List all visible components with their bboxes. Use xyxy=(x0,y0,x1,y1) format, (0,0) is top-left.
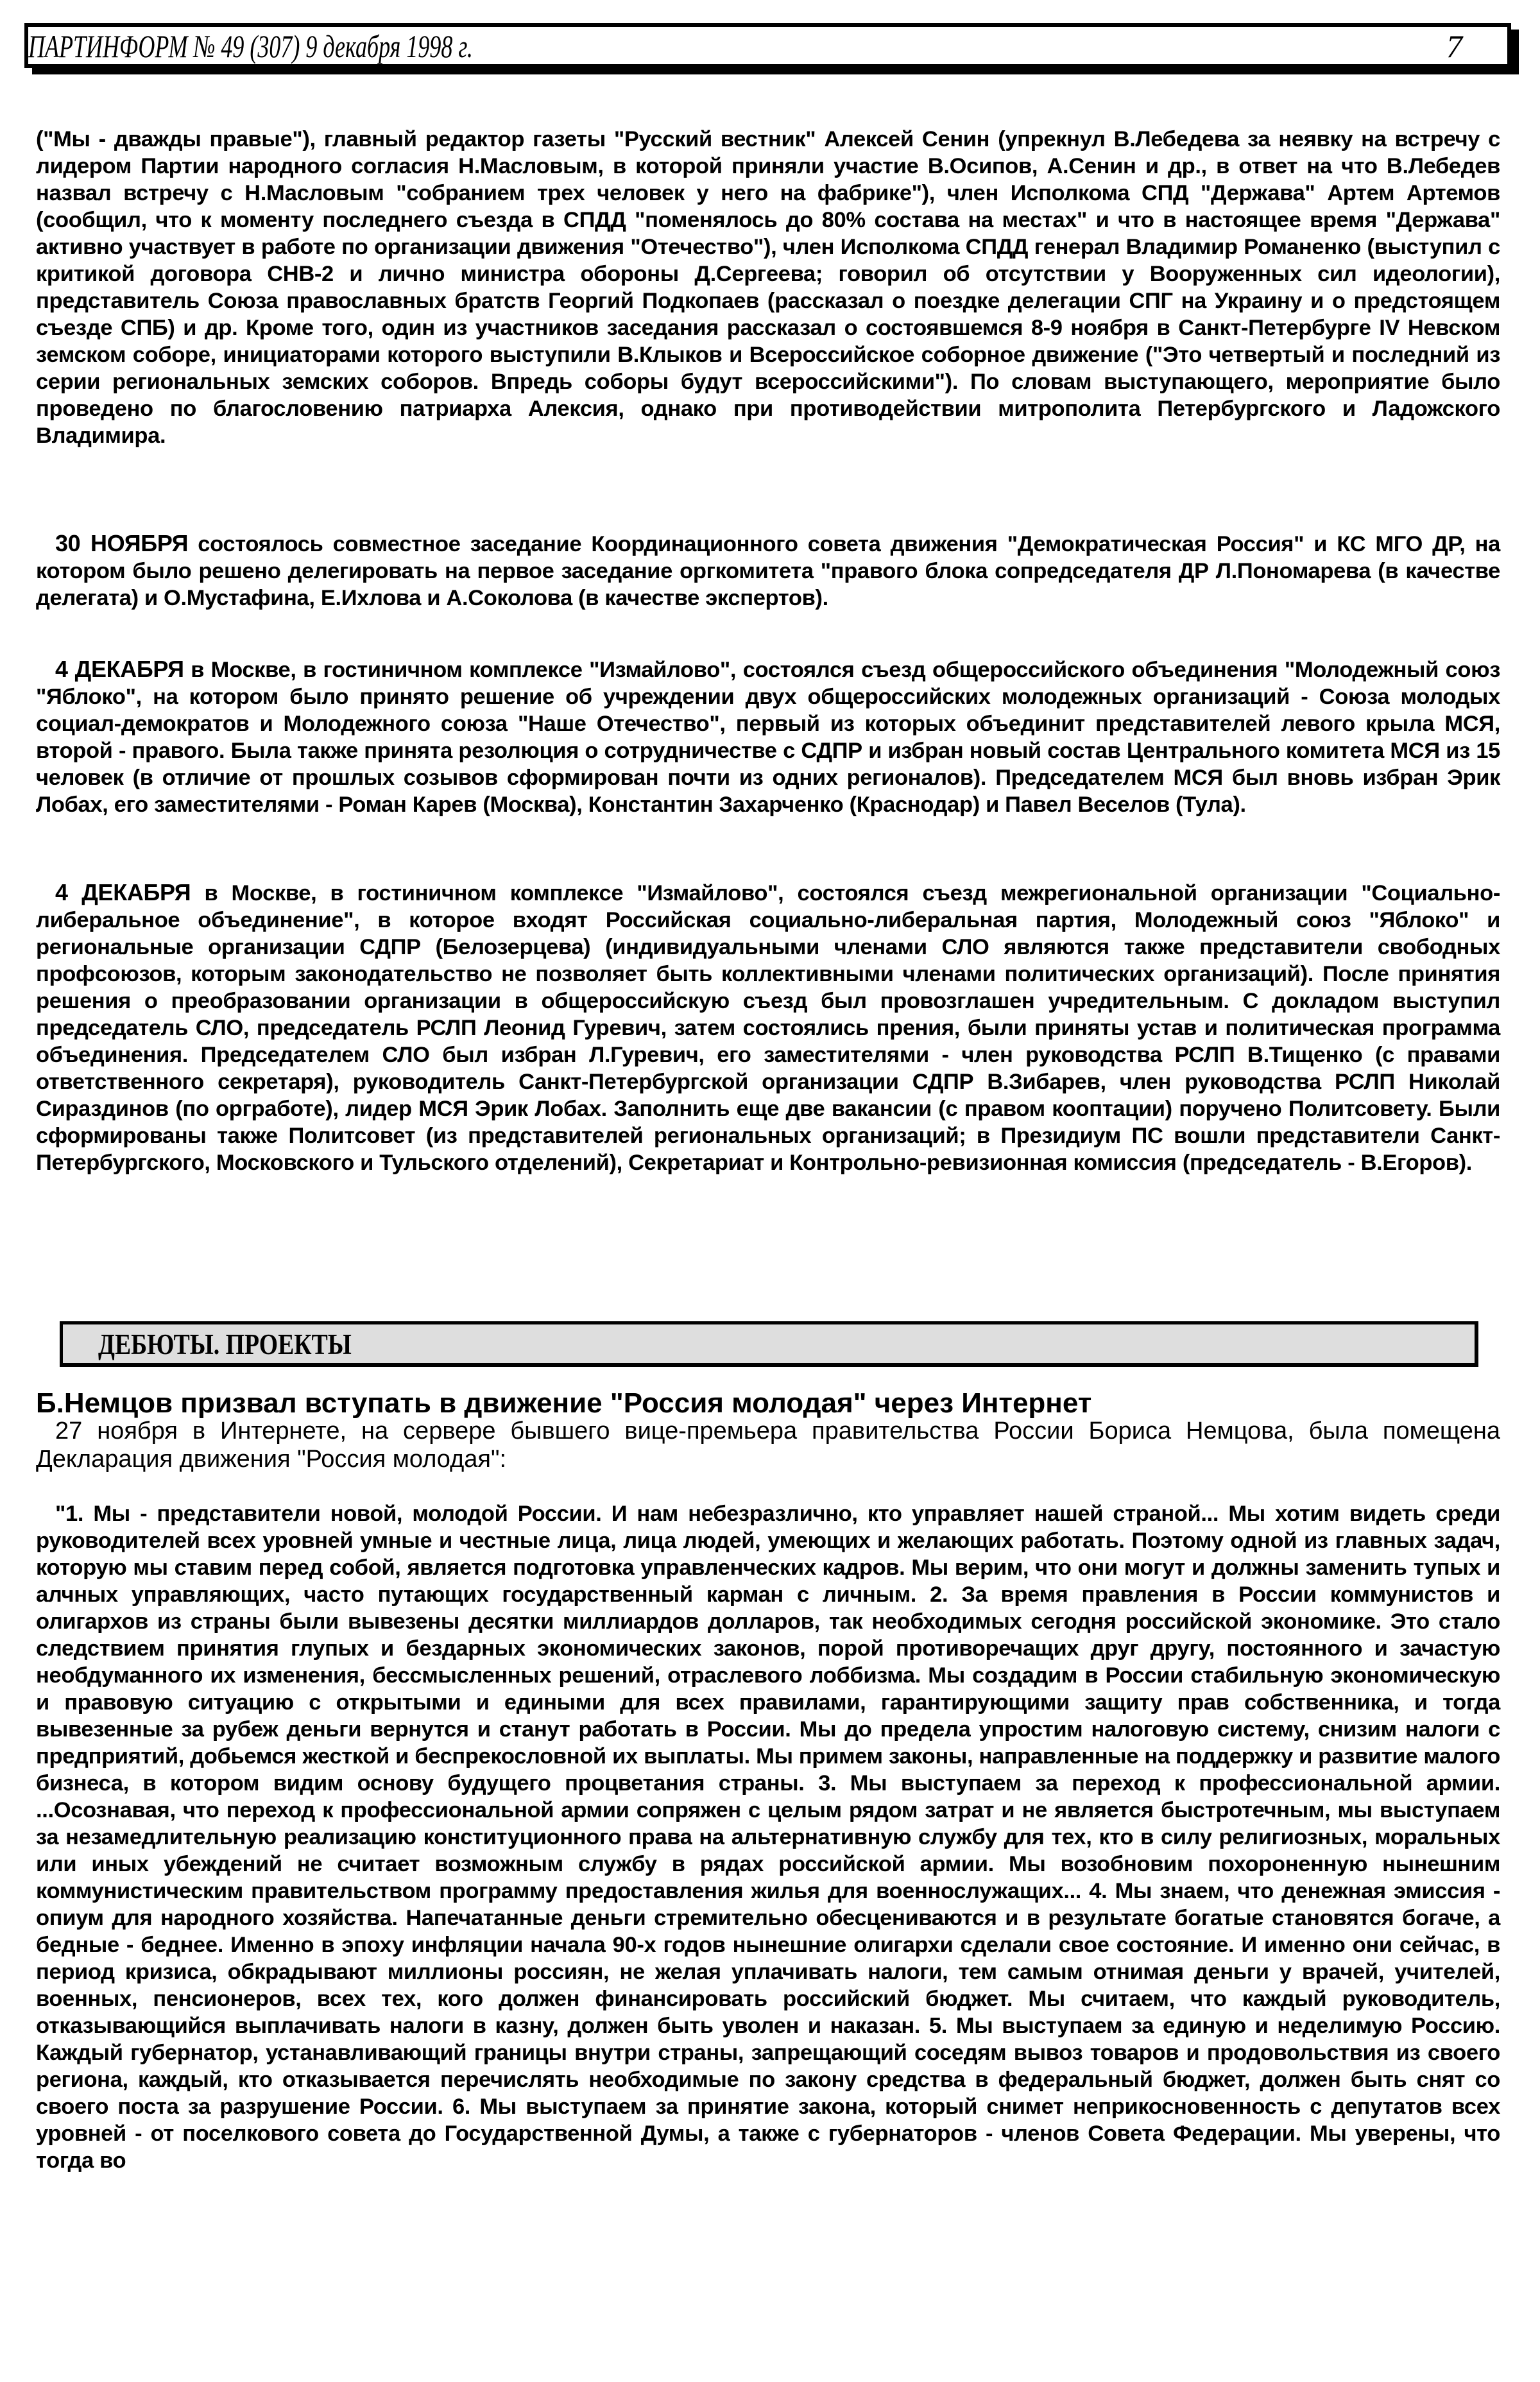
news-item: 30 НОЯБРЯ состоялось совместное заседани… xyxy=(36,530,1500,612)
news-item-text: состоялось совместное заседание Координа… xyxy=(36,532,1500,610)
news-item-continuation: ("Мы - дважды правые"), главный редактор… xyxy=(36,126,1500,449)
news-item-text: в Москве, в гостиничном комплексе "Измай… xyxy=(36,881,1500,1175)
declaration-text: "1. Мы - представители новой, молодой Ро… xyxy=(36,1500,1500,2174)
news-item: 4 ДЕКАБРЯ в Москве, в гостиничном компле… xyxy=(36,656,1500,818)
section-title: ДЕБЮТЫ. ПРОЕКТЫ xyxy=(98,1327,352,1362)
news-item-text: в Москве, в гостиничном комплексе "Измай… xyxy=(36,658,1500,817)
running-header: ПАРТИНФОРМ № 49 (307) 9 декабря 1998 г. … xyxy=(24,23,1511,68)
news-item: 4 ДЕКАБРЯ в Москве, в гостиничном компле… xyxy=(36,879,1500,1176)
page-number: 7 xyxy=(1446,28,1462,64)
section-header: ДЕБЮТЫ. ПРОЕКТЫ xyxy=(60,1321,1478,1367)
article-title: Б.Немцов призвал вступать в движение "Ро… xyxy=(36,1387,1500,1419)
news-item-text: ("Мы - дважды правые"), главный редактор… xyxy=(36,126,1500,449)
news-item-date: 30 НОЯБРЯ xyxy=(55,530,188,556)
article-intro: 27 ноября в Интернете, на сервере бывшег… xyxy=(36,1417,1500,1473)
publication-title: ПАРТИНФОРМ № 49 (307) 9 декабря 1998 г. xyxy=(28,28,473,64)
declaration-paragraph: "1. Мы - представители новой, молодой Ро… xyxy=(36,1500,1500,2174)
news-item-date: 4 ДЕКАБРЯ xyxy=(55,879,191,905)
news-item-date: 4 ДЕКАБРЯ xyxy=(55,656,184,682)
